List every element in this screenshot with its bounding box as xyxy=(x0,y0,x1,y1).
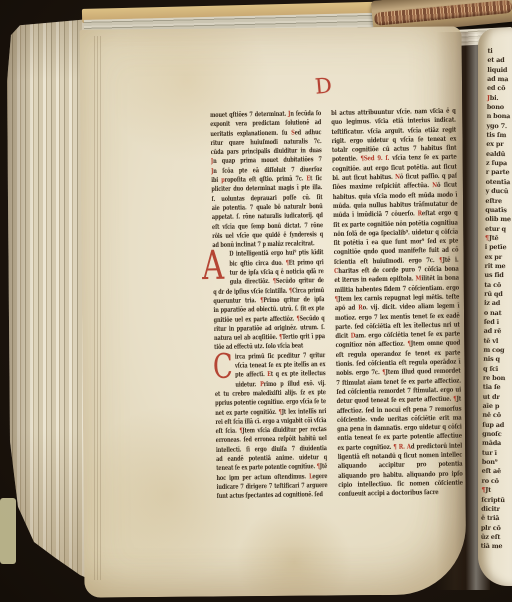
rubric-mark: ¶ xyxy=(279,407,282,415)
facing-text-fragment: rit me xyxy=(484,262,511,272)
facing-text-fragment: nē cō xyxy=(482,411,509,421)
rubric-mark: R xyxy=(417,210,421,218)
facing-text-fragment: ¶Jt xyxy=(481,486,508,496)
facing-text-fragment: eſtre xyxy=(485,196,512,206)
rubric-mark: ¶ R. A xyxy=(393,442,411,450)
facing-text-fragment: ex pr xyxy=(485,252,512,262)
rubric-mark: ¶ xyxy=(453,395,456,403)
rubric-mark: ¶ xyxy=(296,314,299,322)
facing-text-fragment: et ad xyxy=(487,56,512,66)
text-column-left: mouet qſtiōes 7 determinat. Jn ſecūda ſo… xyxy=(210,109,328,501)
rubric-mark: ¶ xyxy=(382,368,385,376)
facing-text-fragment: ſcriptū xyxy=(481,495,508,505)
rubric-mark: E xyxy=(267,370,271,378)
facing-text-fragment: q ſcī xyxy=(483,364,510,374)
quire-mark-letter: D xyxy=(314,73,333,98)
facing-text-fragment: tur ī xyxy=(482,449,509,459)
facing-text-fragment: re bon xyxy=(483,374,510,384)
rubric-mark: ¶ xyxy=(279,333,282,341)
rubric-mark: J xyxy=(211,167,213,175)
facing-text-fragment: bono xyxy=(487,103,512,113)
rubric-mark: ¶ xyxy=(273,277,276,285)
facing-text-fragment: m cog xyxy=(483,346,510,356)
rubric-mark: ¶ xyxy=(286,258,289,266)
facing-text-fragment: ē triā xyxy=(481,514,508,524)
facing-text-fragment: o nat xyxy=(484,308,511,318)
facing-text-fragment: ti xyxy=(487,47,512,57)
facing-text-fragment: etur q xyxy=(485,224,512,234)
rubric-mark: D xyxy=(351,332,356,340)
facing-text-fragment: y ducū xyxy=(485,187,512,197)
rubric-mark: C xyxy=(334,267,338,275)
facing-text-fragment: tia ſe xyxy=(483,383,510,393)
facing-text-fragment: liquid xyxy=(487,66,512,76)
facing-text-fragment: ex pr xyxy=(486,140,512,150)
facing-text-fragment: eſt aē xyxy=(482,467,509,477)
facing-text-fragment: ad ma xyxy=(487,75,512,85)
drop-initial: A xyxy=(202,251,228,279)
text-line: ſunt actus ſpectantes ad cognitionē. ſed… xyxy=(217,490,328,501)
facing-text-fragment: ūz eſt xyxy=(481,533,508,543)
facing-text-fragment: ro cō xyxy=(481,477,508,487)
facing-text-fragment: otentīa xyxy=(486,178,512,188)
rubric-mark: ¶ xyxy=(407,340,410,348)
rubric-mark: ¶ xyxy=(289,286,292,294)
facing-text-fragment: us fid xyxy=(484,271,511,281)
facing-text-fragment: n bona xyxy=(487,112,512,122)
facing-text-fragment: ut dr xyxy=(483,393,510,403)
rubric-mark: P xyxy=(260,380,264,388)
rubric-mark: ¶ xyxy=(239,427,242,435)
rubric-mark: ¶ xyxy=(439,256,442,264)
facing-text-fragment: ed cō xyxy=(487,84,512,94)
facing-text-fragment: rū qd xyxy=(484,290,511,300)
text-block: mouet qſtiōes 7 determinat. Jn ſecūda ſo… xyxy=(210,109,323,250)
rubric-mark: ¶ xyxy=(485,234,489,242)
text-block: Circa primū ſic pceditur 7 qritur utrūvſ… xyxy=(214,351,328,502)
rubric-mark: ¶ xyxy=(260,296,263,304)
facing-text-fragment: bon⁹ xyxy=(482,458,509,468)
rubric-mark: J xyxy=(288,110,290,118)
page-edge-margin-lines xyxy=(92,36,102,580)
facing-text-fragment: ealdū xyxy=(486,150,512,160)
facing-text-fragment: ¶Jtē xyxy=(485,234,512,244)
text-block: bi actus attribuuntur vſcīe. nam vſcīa ē… xyxy=(331,107,463,500)
rubric-mark: J xyxy=(211,157,213,165)
facing-text-fragment: olib me xyxy=(485,215,512,225)
rubric-mark: p xyxy=(221,176,224,184)
facing-text-fragment: z ſupa xyxy=(486,159,512,169)
rubric-mark: ¶ xyxy=(481,486,485,494)
facing-text-fragment: plr cō xyxy=(481,523,508,533)
drop-initial: C xyxy=(213,353,234,380)
text-block: AD intelligentiā ergo hui⁹ ptis kīditbic… xyxy=(212,248,325,352)
facing-text-fragment: nis q xyxy=(483,355,510,365)
rubric-mark: M xyxy=(415,275,421,283)
facing-text-fragment: aīe p xyxy=(482,402,509,412)
rubric-mark: L xyxy=(309,472,313,480)
facing-text-fragment: māda xyxy=(482,439,509,449)
rubric-mark: E xyxy=(306,174,310,182)
facing-text-fragment: ſup ad xyxy=(482,421,509,431)
rubric-mark: ¶Sed 9. ſ. xyxy=(360,154,389,163)
rubric-mark: S xyxy=(291,128,295,136)
facing-text-fragment: tis ſm xyxy=(486,131,512,141)
facing-text-fragment: tiā me xyxy=(481,542,508,552)
rubric-mark: N xyxy=(432,181,437,189)
facing-text-fragment: ta cō xyxy=(484,280,511,290)
rubric-mark: ¶ xyxy=(317,462,320,470)
rubric-mark: R xyxy=(358,304,362,312)
text-column-right: bi actus attribuuntur vſcīe. nam vſcīa ē… xyxy=(331,107,463,500)
facing-text-fragment: ſed ī xyxy=(484,318,511,328)
headband-beads xyxy=(374,0,512,26)
protruding-leaf-edge xyxy=(0,498,16,564)
facing-text-fragment: quatīs xyxy=(485,206,512,216)
facing-text-fragment: Jbi. xyxy=(487,94,512,104)
facing-text-fragment: gnoſc xyxy=(482,430,509,440)
facing-text-fragment: tē vl xyxy=(483,336,510,346)
facing-text-fragment: dicitr xyxy=(481,505,508,515)
facing-text-fragment: i petīe xyxy=(485,243,512,253)
rubric-mark: J xyxy=(487,94,490,102)
facing-text-fragment: ygo 7. xyxy=(486,122,512,132)
rubric-mark: ¶ xyxy=(335,295,338,303)
facing-text-fragment: r parte xyxy=(486,168,512,178)
incunabulum-photo: D mouet qſtiōes 7 determinat. Jn ſecūda … xyxy=(0,0,512,602)
rubric-mark: N xyxy=(395,173,400,181)
facing-text-fragment: ad rē xyxy=(484,327,511,337)
facing-text-fragment: iz ad xyxy=(484,299,511,309)
